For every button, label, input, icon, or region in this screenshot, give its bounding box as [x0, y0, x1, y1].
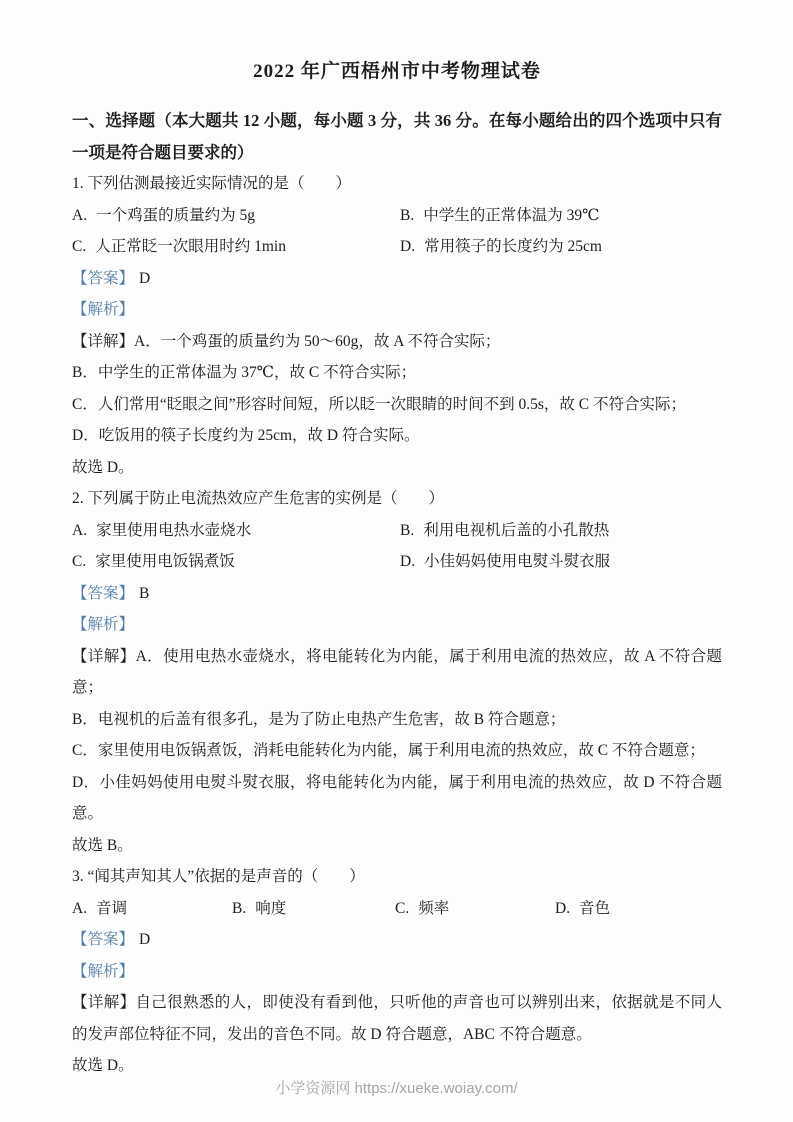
explanation-line: 【详解】A．使用电热水壶烧水，将电能转化为内能，属于利用电流的热效应，故 A 不… [72, 641, 722, 704]
question-2-option-a: A. 家里使用电热水壶烧水 [72, 515, 400, 547]
option-letter: B. [232, 893, 246, 925]
question-1-option-a: A. 一个鸡蛋的质量约为 5g [72, 200, 400, 232]
document-title: 2022 年广西梧州市中考物理试卷 [72, 56, 722, 88]
conclusion-line: 故选 B。 [72, 830, 722, 862]
question-2-options-row-2: C. 家里使用电饭锅煮饭 D. 小佳妈妈使用电熨斗熨衣服 [72, 546, 722, 578]
option-text: 常用筷子的长度约为 25cm [424, 231, 602, 263]
option-letter: B. [400, 200, 414, 232]
explanation-line: C．人们常用“眨眼之间”形容时间短，所以眨一次眼睛的时间不到 0.5s，故 C … [72, 389, 722, 421]
option-letter: B. [400, 515, 414, 547]
option-letter: C. [72, 546, 86, 578]
question-1-stem: 1. 下列估测最接近实际情况的是（ ） [72, 168, 722, 200]
question-2-analysis-line: 【解析】 [72, 609, 722, 641]
question-1-option-c: C. 人正常眨一次眼用时约 1min [72, 231, 400, 263]
answer-label: 【答案】 [72, 270, 134, 287]
explanation-line: 【详解】自己很熟悉的人，即使没有看到他，只听他的声音也可以辨别出来，依据就是不同… [72, 987, 722, 1050]
explanation-line: B．中学生的正常体温为 37℃，故 C 不符合实际； [72, 357, 722, 389]
option-letter: A. [72, 200, 87, 232]
option-text: 家里使用电饭锅煮饭 [95, 546, 235, 578]
question-2-option-c: C. 家里使用电饭锅煮饭 [72, 546, 400, 578]
question-1-option-b: B. 中学生的正常体温为 39℃ [400, 200, 722, 232]
answer-label: 【答案】 [72, 585, 134, 602]
question-2: 2. 下列属于防止电流热效应产生危害的实例是（ ） A. 家里使用电热水壶烧水 … [72, 483, 722, 861]
question-1-options-row-2: C. 人正常眨一次眼用时约 1min D. 常用筷子的长度约为 25cm [72, 231, 722, 263]
question-3-answer-line: 【答案】D [72, 924, 722, 956]
answer-label: 【答案】 [72, 931, 134, 948]
option-text: 频率 [418, 893, 449, 925]
explanation-line: C．家里使用电饭锅煮饭，消耗电能转化为内能，属于利用电流的热效应，故 C 不符合… [72, 735, 722, 767]
option-letter: C. [395, 893, 409, 925]
question-3-options-row: A. 音调 B. 响度 C. 频率 D. 音色 [72, 893, 722, 925]
option-text: 人正常眨一次眼用时约 1min [95, 231, 286, 263]
analysis-label: 【解析】 [72, 616, 134, 633]
option-text: 响度 [255, 893, 286, 925]
option-text: 音色 [579, 893, 610, 925]
question-1-options-row-1: A. 一个鸡蛋的质量约为 5g B. 中学生的正常体温为 39℃ [72, 200, 722, 232]
section-heading: 一、选择题（本大题共 12 小题，每小题 3 分，共 36 分。在每小题给出的四… [72, 105, 722, 168]
exam-page: 2022 年广西梧州市中考物理试卷 一、选择题（本大题共 12 小题，每小题 3… [0, 0, 793, 1082]
question-3: 3. “闻其声知其人”依据的是声音的（ ） A. 音调 B. 响度 C. 频率 … [72, 861, 722, 1082]
option-letter: D. [555, 893, 570, 925]
option-letter: D. [400, 546, 415, 578]
explanation-line: B．电视机的后盖有很多孔，是为了防止电热产生危害，故 B 符合题意； [72, 704, 722, 736]
analysis-label: 【解析】 [72, 301, 134, 318]
watermark-footer-link: 小学资源网 https://xueke.woiay.com/ [0, 1077, 793, 1098]
question-2-stem: 2. 下列属于防止电流热效应产生危害的实例是（ ） [72, 483, 722, 515]
explanation-line: D．吃饭用的筷子长度约为 25cm，故 D 符合实际。 [72, 420, 722, 452]
question-1-analysis-line: 【解析】 [72, 294, 722, 326]
question-2-option-b: B. 利用电视机后盖的小孔散热 [400, 515, 722, 547]
option-letter: A. [72, 893, 87, 925]
option-text: 利用电视机后盖的小孔散热 [423, 515, 609, 547]
question-3-option-c: C. 频率 [395, 893, 555, 925]
question-3-option-a: A. 音调 [72, 893, 232, 925]
option-text: 一个鸡蛋的质量约为 5g [96, 200, 255, 232]
explanation-line: D．小佳妈妈使用电熨斗熨衣服，将电能转化为内能，属于利用电流的热效应，故 D 不… [72, 767, 722, 830]
conclusion-line: 故选 D。 [72, 452, 722, 484]
answer-value: B [139, 585, 149, 602]
answer-value: D [139, 270, 150, 287]
question-2-option-d: D. 小佳妈妈使用电熨斗熨衣服 [400, 546, 722, 578]
question-3-analysis-line: 【解析】 [72, 956, 722, 988]
question-2-answer-line: 【答案】B [72, 578, 722, 610]
question-2-options-row-1: A. 家里使用电热水壶烧水 B. 利用电视机后盖的小孔散热 [72, 515, 722, 547]
answer-value: D [139, 931, 150, 948]
question-3-option-b: B. 响度 [232, 893, 395, 925]
option-text: 家里使用电热水壶烧水 [96, 515, 251, 547]
question-1: 1. 下列估测最接近实际情况的是（ ） A. 一个鸡蛋的质量约为 5g B. 中… [72, 168, 722, 483]
option-text: 小佳妈妈使用电熨斗熨衣服 [424, 546, 610, 578]
option-text: 音调 [96, 893, 127, 925]
option-text: 中学生的正常体温为 39℃ [423, 200, 599, 232]
option-letter: D. [400, 231, 415, 263]
question-1-option-d: D. 常用筷子的长度约为 25cm [400, 231, 722, 263]
option-letter: C. [72, 231, 86, 263]
question-1-answer-line: 【答案】D [72, 263, 722, 295]
question-3-stem: 3. “闻其声知其人”依据的是声音的（ ） [72, 861, 722, 893]
question-3-option-d: D. 音色 [555, 893, 722, 925]
explanation-line: 【详解】A．一个鸡蛋的质量约为 50～60g，故 A 不符合实际； [72, 326, 722, 358]
option-letter: A. [72, 515, 87, 547]
analysis-label: 【解析】 [72, 963, 134, 980]
